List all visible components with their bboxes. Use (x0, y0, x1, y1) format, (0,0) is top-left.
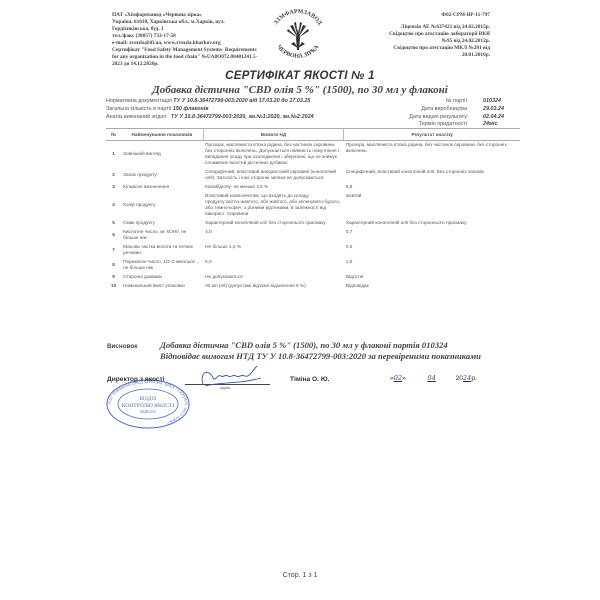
requirement: Не допускаються (203, 273, 344, 282)
row-number: 1 (106, 141, 121, 169)
sign-date: «02» 042024р. (390, 374, 477, 382)
conclusion-line: Добавка дієтична "CBD олія 5 %" (1500), … (160, 340, 490, 351)
director-label: Директор з якості (107, 376, 165, 383)
batch-quantity: Загальна кількість в партії 150 флаконів (106, 106, 209, 112)
result: жовтий (344, 192, 520, 219)
normative-value: ТУ У 10.8-36472799-003:2020 від 17.03.20… (173, 98, 310, 104)
col-result: Результат аналізу (344, 129, 520, 141)
row-number: 2 (106, 168, 121, 183)
indicator-name: Зовнішній вигляд (121, 141, 203, 169)
license-line: Свідоцтво про атестацію МКЛ №281 від (360, 45, 490, 52)
table-row: 2Запах продуктуСпецифічний, властивий ви… (106, 168, 520, 183)
normative-label: Нормативна документація (106, 98, 172, 104)
indicator-name: Кислотне число, мг КОН/г, не більше ніж (121, 228, 203, 243)
batch-number-label: № партії (446, 98, 467, 104)
indicator-name: Кількісне визначення (121, 183, 203, 192)
product-title: Добавка дієтична "CBD олія 5 %" (1500), … (0, 84, 600, 96)
table-row: 9Сторонні домішкиНе допускаютьсяВідсутні (106, 273, 520, 282)
result: 1,5 (344, 258, 520, 273)
license-info: Ф02-СРМ-ВР-11-797 Ліцензія АЕ №637421 ві… (360, 12, 490, 59)
table-row: 3Кількісне визначенняКанабідіолу- не мен… (106, 183, 520, 192)
row-number: 9 (106, 273, 121, 282)
company-line: for any organization in the food chain" … (112, 54, 282, 61)
result: 0,6 (344, 243, 520, 258)
table-row: 10Номінальний вміст упаковки30 мл (ml) (… (106, 282, 520, 291)
requirement: Специфічний, властивий використаній сиро… (203, 168, 344, 183)
form-code: Ф02-СРМ-ВР-11-797 (360, 12, 490, 19)
signer-name: Тіміна О. Ю. (290, 376, 329, 383)
license-line: №95 від 24.02.2012р. (360, 38, 490, 45)
svg-text:00481241: 00481241 (140, 409, 156, 414)
result: 0,7 (344, 228, 520, 243)
row-number: 10 (106, 282, 121, 291)
table-header-row: № Найменування показників Вимоги НД Резу… (106, 129, 520, 141)
result: Відповідає (344, 282, 520, 291)
indicator-name: Запах продукту (121, 168, 203, 183)
company-line: тел./факс (38057) 733-17-58 (112, 33, 282, 40)
indicator-name: Номінальний вміст упаковки (121, 282, 203, 291)
result: 5,8 (344, 183, 520, 192)
date-sep: » (402, 375, 406, 382)
requirement: Прозора, маслянистa в'язка рідина, без ч… (203, 141, 344, 169)
analysis-value: ТУ У 10.8-36472799-003:2020, зм.№1:2020,… (171, 114, 314, 120)
conclusion-line: Відповідає вимогам НТД ТУ У 10.8-3647279… (160, 351, 490, 362)
row-number: 4 (106, 192, 121, 219)
result-date-label: Дата видачі результату (409, 114, 467, 120)
indicator-name: Смак продукту (121, 219, 203, 228)
table-row: 4Колір продуктуВластивий компонентам, що… (106, 192, 520, 219)
license-line: Ліцензія АЕ №637421 від 24.02.2015р. (360, 24, 490, 31)
svg-text:ВІДДІЛ: ВІДДІЛ (140, 397, 157, 402)
normative-doc: Нормативна документація ТУ У 10.8-364727… (106, 98, 310, 104)
row-number: 7 (106, 243, 121, 258)
company-info: ПАТ «Хімфармзавод «Червона зірка» Україн… (112, 12, 282, 68)
svg-text:ХІМФАРМЗАВОД: ХІМФАРМЗАВОД (273, 9, 323, 27)
indicator-name: Масова частка вологи та летких речовин (121, 243, 203, 258)
shelf-life-value: 24міс (483, 121, 497, 127)
col-requirements: Вимоги НД (203, 129, 344, 141)
results-table: № Найменування показників Вимоги НД Резу… (106, 128, 520, 291)
indicator-name: Колір продукту (121, 192, 203, 219)
certificate-title: СЕРТИФІКАТ ЯКОСТІ № 1 (0, 70, 600, 82)
date-month: 04 (408, 374, 456, 382)
col-indicator: Найменування показників (121, 129, 203, 141)
table-row: 5Смак продуктуХарактерний конопляній олі… (106, 219, 520, 228)
table-row: 1Зовнішній виглядПрозора, маслянистa в'я… (106, 141, 520, 169)
company-line: Україна, 61010, Харківська обл., м.Харкі… (112, 19, 282, 26)
requirement: Не більше 1,0 % (203, 243, 344, 258)
table-row: 7Масова частка вологи та летких речовинН… (106, 243, 520, 258)
row-number: 5 (106, 219, 121, 228)
requirement: 5,0 (203, 258, 344, 273)
col-number: № (106, 129, 121, 141)
page-number: Стор. 1 з 1 (0, 572, 600, 579)
row-number: 8 (106, 258, 121, 273)
batch-number-value: 010324 (483, 98, 501, 104)
requirement: Властивий компонентам, що входять до скл… (203, 192, 344, 219)
company-line: Гордієнківська, буд. 1 (112, 26, 282, 33)
requirement: Характерний конопляній олії без стороннь… (203, 219, 344, 228)
row-number: 3 (106, 183, 121, 192)
quantity-label: Загальна кількість в партії (106, 106, 171, 112)
result: Відсутні (344, 273, 520, 282)
requirement: Канабідіолу- не менше 4,5 % (203, 183, 344, 192)
date-day: 02 (394, 374, 402, 382)
company-logo-icon: ХІМФАРМЗАВОД ЧЕРВОНА ЗІРКА (263, 4, 333, 66)
company-line: 2023 до 14.12.2026р. (112, 61, 282, 68)
signature-caption: підпис (220, 386, 230, 390)
indicator-name: Сторонні домішки (121, 273, 203, 282)
requirement: 30 мл (ml) (допустимі від'ємні відхиленн… (203, 282, 344, 291)
analysis-label: Аналіз виконаний згідно: (106, 114, 168, 120)
date-suffix: р. (471, 375, 477, 382)
production-date-label: Дата виробництва (421, 106, 467, 112)
quantity-value: 150 флаконів (173, 106, 209, 112)
license-line: Свідоцтво про атестацію лабораторії ВКЯ (360, 31, 490, 38)
result: Характерний конопляній олії без стороннь… (344, 219, 520, 228)
table-row: 6Кислотне число, мг КОН/г, не більше ніж… (106, 228, 520, 243)
date-year-prefix: 20 (456, 375, 463, 382)
production-date-value: 29.03.24 (483, 106, 504, 112)
requirement: 4,0 (203, 228, 344, 243)
license-line: 20.01.2016р. (360, 52, 490, 59)
indicator-name: Перекисне число, 1/2 О ммоль/кг , не біл… (121, 258, 203, 273)
company-line: e-mail: zvezda@ifi.ua, www.zvezda.kharko… (112, 40, 282, 47)
result-date-value: 02.04.24 (483, 114, 504, 120)
result: Специфічний, властивий конопляній олії. … (344, 168, 520, 183)
analysis-basis: Аналіз виконаний згідно: ТУ У 10.8-36472… (106, 114, 314, 120)
result: Прозора, маслянистa в'язка рідина, без ч… (344, 141, 520, 169)
shelf-life-label: Термін придатності (419, 121, 467, 127)
quality-control-stamp: ПАТ ХІМФАРМЗАВОД ЧЕРВОНА ЗІРКА • УКРАЇНА… (105, 378, 191, 430)
row-number: 6 (106, 228, 121, 243)
table-row: 8Перекисне число, 1/2 О ммоль/кг , не бі… (106, 258, 520, 273)
conclusion-text: Добавка дієтична "CBD олія 5 %" (1500), … (160, 340, 490, 362)
company-line: Сертифікат "Food Safety Management Syste… (112, 47, 282, 54)
conclusion-label: Висновок (107, 343, 137, 350)
company-line: ПАТ «Хімфармзавод «Червона зірка» (112, 12, 282, 19)
